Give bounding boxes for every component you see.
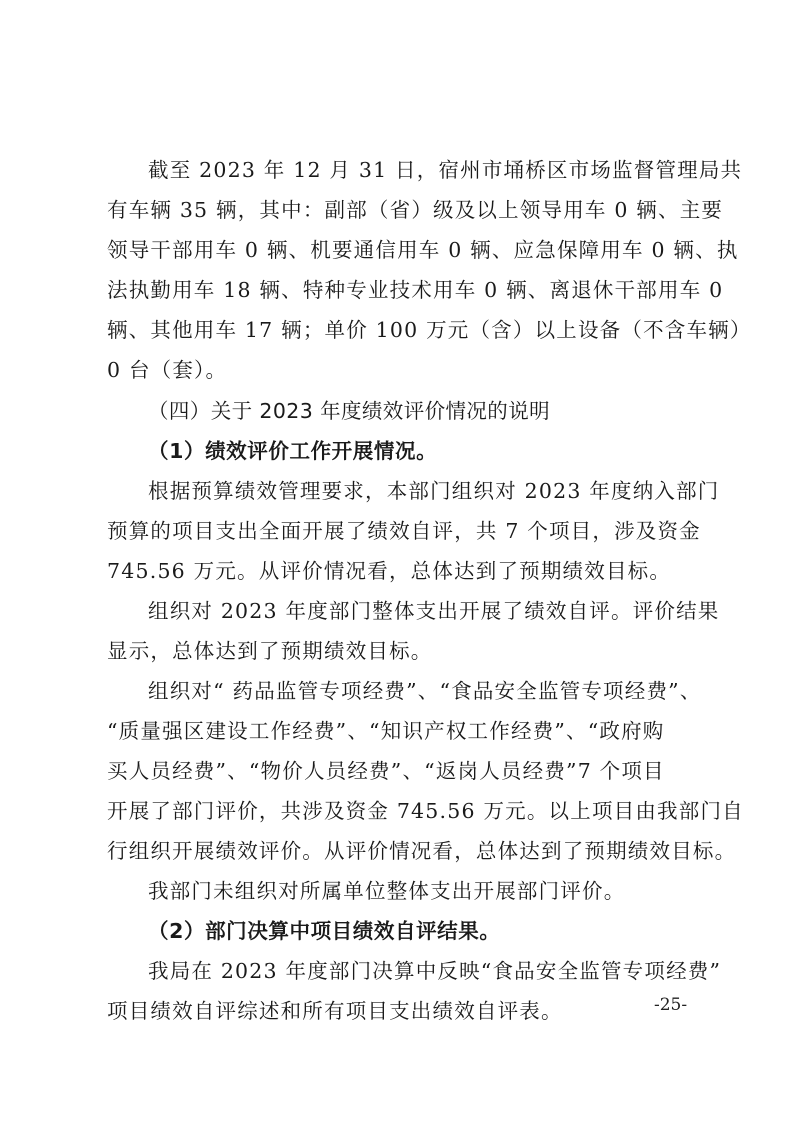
paragraph-overall-selfeval-line-2: 显示，总体达到了预期绩效目标。: [107, 631, 433, 671]
paragraph-dept-eval-line-1: 组织对“ 药品监管专项经费”、“食品安全监管专项经费”、: [148, 671, 702, 711]
paragraph-vehicles-line-5: 辆、其他用车 17 辆；单价 100 万元（含）以上设备（不含车辆）: [107, 310, 752, 350]
paragraph-vehicles-line-1: 截至 2023 年 12 月 31 日，宿州市埇桥区市场监督管理局共: [148, 150, 742, 190]
paragraph-project-selfeval-line-1: 根据预算绩效管理要求，本部门组织对 2023 年度纳入部门: [148, 471, 720, 511]
paragraph-vehicles-line-4: 法执勤用车 18 辆、特种专业技术用车 0 辆、离退休干部用车 0: [107, 270, 723, 310]
paragraph-vehicles-line-2: 有车辆 35 辆，其中：副部（省）级及以上领导用车 0 辆、主要: [107, 190, 723, 230]
paragraph-final-accounts-line-1: 我局在 2023 年度部门决算中反映“食品安全监管专项经费”: [148, 951, 721, 991]
paragraph-project-selfeval-line-2: 预算的项目支出全面开展了绩效自评，共 7 个项目，涉及资金: [107, 511, 701, 551]
paragraph-project-selfeval-line-3: 745.56 万元。从评价情况看，总体达到了预期绩效目标。: [107, 551, 671, 591]
paragraph-dept-eval-line-2: “质量强区建设工作经费”、“知识产权工作经费”、“政府购: [107, 711, 665, 751]
paragraph-dept-eval-line-4: 开展了部门评价，共涉及资金 745.56 万元。以上项目由我部门自: [107, 791, 744, 831]
section-heading-performance-evaluation: （四）关于 2023 年度绩效评价情况的说明: [148, 391, 550, 431]
paragraph-final-accounts-line-2: 项目绩效自评综述和所有项目支出绩效自评表。: [107, 991, 563, 1031]
subheading-final-accounts-results: （2）部门决算中项目绩效自评结果。: [148, 911, 500, 951]
paragraph-unit-eval: 我部门未组织对所属单位整体支出开展部门评价。: [148, 871, 625, 911]
paragraph-vehicles-line-3: 领导干部用车 0 辆、机要通信用车 0 辆、应急保障用车 0 辆、执: [107, 230, 739, 270]
subheading-evaluation-work: （1）绩效评价工作开展情况。: [148, 431, 437, 471]
page-number: -25-: [654, 995, 687, 1015]
paragraph-vehicles-line-6: 0 台（套）。: [107, 350, 227, 390]
paragraph-dept-eval-line-5: 行组织开展绩效评价。从评价情况看，总体达到了预期绩效目标。: [107, 831, 736, 871]
paragraph-dept-eval-line-3: 买人员经费”、“物价人员经费”、“返岗人员经费”7 个项目: [107, 751, 665, 791]
paragraph-overall-selfeval-line-1: 组织对 2023 年度部门整体支出开展了绩效自评。评价结果: [148, 591, 720, 631]
